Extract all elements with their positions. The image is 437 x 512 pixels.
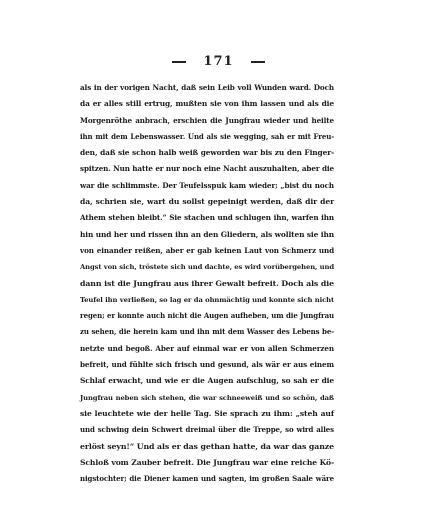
text-line: von einander reißen, aber er gab keinen … xyxy=(80,243,334,259)
text-line: Schloß vom Zauber befreit. Die Jungfrau … xyxy=(80,455,334,471)
text-line: da er alles still ertrug, mußten sie von… xyxy=(80,96,334,112)
text-line: als in der vorigen Nacht, daß sein Leib … xyxy=(80,80,334,96)
header-dash-right xyxy=(251,61,265,63)
text-line: regen; er konnte auch nicht die Augen au… xyxy=(80,308,334,324)
page-header: 171 xyxy=(0,54,437,69)
text-line: nigstochter; die Diener kamen und sagten… xyxy=(80,471,334,487)
text-line: sie leuchtete wie der helle Tag. Sie spr… xyxy=(80,406,334,422)
text-line: Schlaf erwacht, und wie er die Augen auf… xyxy=(80,373,334,389)
text-line: netzte und begoß. Aber auf einmal war er… xyxy=(80,341,334,357)
text-line: befreit, und fühlte sich frisch und gesu… xyxy=(80,357,334,373)
book-page: 171 als in der vorigen Nacht, daß sein L… xyxy=(0,0,437,512)
text-line: hin und her und rissen ihn an den Gliede… xyxy=(80,227,334,243)
text-line: den, daß sie schon halb weiß geworden wa… xyxy=(80,145,334,161)
text-line: da, schrien sie, wart du sollst gepeinig… xyxy=(80,194,334,210)
page-number: 171 xyxy=(203,54,233,69)
text-line: Jungfrau neben sich stehen, die war schn… xyxy=(80,390,334,406)
text-line: zu sehen, die herein kam und ihn mit dem… xyxy=(80,324,334,340)
text-line: und schwing dein Schwert dreimal über di… xyxy=(80,422,334,438)
header-dash-left xyxy=(172,61,186,63)
text-line: ihn mit dem Lebenswasser. Und als sie we… xyxy=(80,129,334,145)
text-line: war die schlimmste. Der Teufelsspuk kam … xyxy=(80,178,334,194)
text-line: Morgenröthe anbrach, erschien die Jungfr… xyxy=(80,113,334,129)
body-text: als in der vorigen Nacht, daß sein Leib … xyxy=(80,80,334,487)
text-line: Angst von sich, tröstete sich und dachte… xyxy=(80,259,334,275)
text-line: Athem stehen bleibt.“ Sie stachen und sc… xyxy=(80,210,334,226)
text-line: Teufel ihn verließen, so lag er da ohnmä… xyxy=(80,292,334,308)
text-line: dann ist die Jungfrau aus ihrer Gewalt b… xyxy=(80,276,334,292)
text-line: erlöst seyn!“ Und als er das gethan hatt… xyxy=(80,439,334,455)
text-line: spitzen. Nun hatte er nur noch eine Nach… xyxy=(80,161,334,177)
